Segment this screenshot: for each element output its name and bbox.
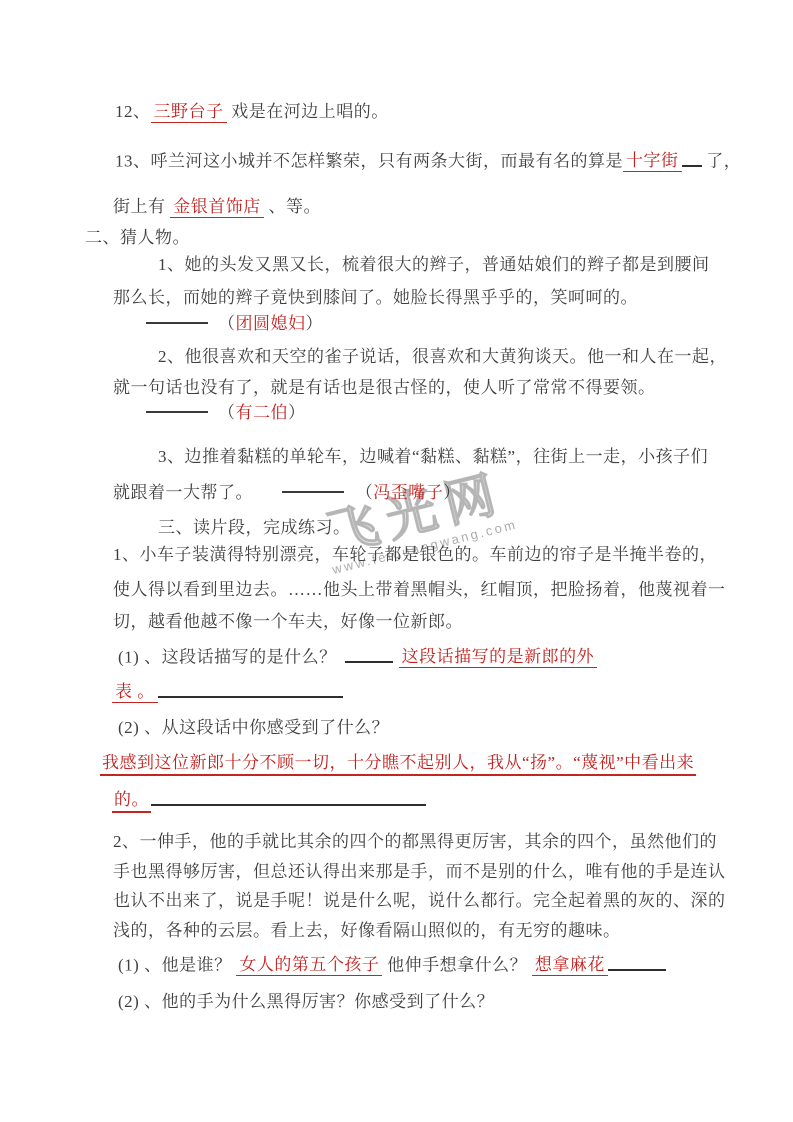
item-12-text: 戏是在河边上唱的。 <box>227 102 389 121</box>
item-13-line2-text-after: 、等。 <box>264 197 321 216</box>
passage1-q1-answer-line2: 表 。 <box>112 680 343 704</box>
guess-q3-line2-text: 就跟着一大帮了。 <box>113 483 258 502</box>
passage1-q2-answer-blank <box>151 789 426 806</box>
answer-dash <box>146 411 208 413</box>
section3-title: 三、读片段，完成练习。 <box>158 516 351 540</box>
item-12: 12、三野台子 戏是在河边上唱的。 <box>115 100 389 124</box>
section3-title-text: 三、读片段，完成练习。 <box>158 518 351 537</box>
passage1-line3: 切，越看他越不像一个车夫，好像一位新郎。 <box>113 610 463 634</box>
passage2-q1-answer-blank <box>608 954 666 971</box>
guess-q3-line2: 就跟着一大帮了。 （冯歪嘴子） <box>113 481 461 505</box>
item-13-text-after: 了， <box>702 151 742 170</box>
passage2-q1: (1) 、他是谁？ 女人的第五个孩子 他伸手想拿什么？ 想拿麻花 <box>118 953 666 977</box>
passage2-q2: (2) 、他的手为什么黑得厉害？你感受到了什么？ <box>118 990 494 1014</box>
answer-dash <box>146 322 208 324</box>
guess-a3-answer: 冯歪嘴子 <box>373 483 443 502</box>
passage2-q1-answer2: 想拿麻花 <box>532 955 608 976</box>
passage1-line1-text: 1、小车子装潢得特别漂亮，车轮子都是银色的。车前边的帘子是半掩半卷的， <box>113 545 717 564</box>
item-12-number: 12、 <box>115 102 151 121</box>
passage2-line4: 浅的，各种的云层。看上去，好像看隔山照似的，有无穷的趣味。 <box>113 919 621 943</box>
guess-a3-paren-open: （ <box>356 483 374 502</box>
passage2-q1-label: (1) 、他是谁？ <box>118 955 236 974</box>
guess-a1-answer: 团圆媳妇 <box>236 314 306 333</box>
item-13-line2-text: 街上有 <box>113 197 170 216</box>
guess-a2-paren-close: ） <box>288 403 306 422</box>
item-13-answer2: 金银首饰店 <box>170 197 264 218</box>
guess-q1-line1: 1、她的头发又黑又长，梳着很大的辫子，普通姑娘们的辫子都是到腰间 <box>158 253 710 277</box>
passage2-line2: 手也黑得够厉害，但总还认得出来那是手，而不是别的什么，唯有他的手是连认 <box>113 860 726 884</box>
item-13-answer1-blank <box>682 150 702 167</box>
guess-a1-paren-open: （ <box>218 314 236 333</box>
passage1-line1: 1、小车子装潢得特别漂亮，车轮子都是银色的。车前边的帘子是半掩半卷的， <box>113 543 717 567</box>
item-13-line2: 街上有 金银首饰店 、等。 <box>113 195 321 219</box>
guess-q2-line1: 2、他很喜欢和天空的雀子说话，很喜欢和大黄狗谈天。他一和人在一起， <box>158 345 727 369</box>
passage2-line2-text: 手也黑得够厉害，但总还认得出来那是手，而不是别的什么，唯有他的手是连认 <box>113 862 726 881</box>
passage1-q1-answer-part2: 表 。 <box>112 682 158 703</box>
guess-q3-line1-text: 3、边推着黏糕的单轮车，边喊着“黏糕、黏糕”，往街上一走，小孩子们 <box>158 447 708 466</box>
guess-a3-paren-close: ） <box>443 483 461 502</box>
guess-q2-line2: 就一句话也没有了，就是有话也是很古怪的，使人听了常常不得要领。 <box>113 376 656 400</box>
answer-dash <box>282 491 344 493</box>
passage2-line3: 也认不出来了，说是手呢！说是什么呢，说什么都行。完全起着黑的灰的、深的 <box>113 889 726 913</box>
item-13-line1: 13、呼兰河这小城并不怎样繁荣，只有两条大街，而最有名的算是十字街 了， <box>115 149 741 173</box>
passage1-q1-answer-part1: 这段话描写的是新郎的外 <box>399 647 598 668</box>
passage1-q2-answer-part2: 的。 <box>112 790 151 813</box>
guess-a2: （有二伯） <box>146 401 306 425</box>
guess-a2-answer: 有二伯 <box>236 403 289 422</box>
passage2-q1-label-mid: 他伸手想拿什么？ <box>382 955 532 974</box>
guess-a1-paren-close: ） <box>306 314 324 333</box>
guess-q2-line2-text: 就一句话也没有了，就是有话也是很古怪的，使人听了常常不得要领。 <box>113 378 656 397</box>
passage1-q2-answer-line1: 我感到这位新郎十分不顾一切，十分瞧不起别人，我从“扬”。“蔑视”中看出来 <box>100 751 696 775</box>
guess-q1-line2: 那么长，而她的辫子竟快到膝间了。她脸长得黑乎乎的，笑呵呵的。 <box>113 286 638 310</box>
guess-q2-line1-text: 2、他很喜欢和天空的雀子说话，很喜欢和大黄狗谈天。他一和人在一起， <box>158 347 727 366</box>
section2-title-text: 二、猜人物。 <box>85 228 190 247</box>
passage1-q1: (1) 、这段话描写的是什么？这段话描写的是新郎的外 <box>118 645 597 669</box>
passage2-line3-text: 也认不出来了，说是手呢！说是什么呢，说什么都行。完全起着黑的灰的、深的 <box>113 891 726 910</box>
passage2-line4-text: 浅的，各种的云层。看上去，好像看隔山照似的，有无穷的趣味。 <box>113 921 621 940</box>
item-13-answer1: 十字街 <box>623 151 682 172</box>
worksheet-page: 飞光网 www.feiguangwang.com 12、三野台子 戏是在河边上唱… <box>0 0 793 1122</box>
passage1-q1-answer-blank <box>158 681 343 698</box>
passage1-q1-label: (1) 、这段话描写的是什么？ <box>118 647 337 666</box>
passage2-q1-answer1: 女人的第五个孩子 <box>236 955 382 976</box>
passage1-q2-answer-part1: 我感到这位新郎十分不顾一切，十分瞧不起别人，我从“扬”。“蔑视”中看出来 <box>100 753 696 776</box>
passage2-line1-text: 2、一伸手，他的手就比其余的四个的都黑得更厉害，其余的四个，虽然他们的 <box>113 832 717 851</box>
passage1-q2: (2) 、从这段话中你感受到了什么？ <box>118 716 389 740</box>
passage1-q2-label: (2) 、从这段话中你感受到了什么？ <box>118 718 389 737</box>
item-13-text: 13、呼兰河这小城并不怎样繁荣，只有两条大街，而最有名的算是 <box>115 151 623 170</box>
passage2-line1: 2、一伸手，他的手就比其余的四个的都黑得更厉害，其余的四个，虽然他们的 <box>113 830 717 854</box>
guess-q3-line1: 3、边推着黏糕的单轮车，边喊着“黏糕、黏糕”，往街上一走，小孩子们 <box>158 445 708 469</box>
passage1-q1-blank <box>345 646 393 663</box>
item-12-answer: 三野台子 <box>151 102 227 123</box>
section2-title: 二、猜人物。 <box>85 226 190 250</box>
passage1-line2-text: 使人得以看到里边去。……他头上带着黑帽头，红帽顶，把脸扬着，他蔑视着一 <box>113 580 726 599</box>
guess-q1-line1-text: 1、她的头发又黑又长，梳着很大的辫子，普通姑娘们的辫子都是到腰间 <box>158 255 710 274</box>
passage1-q2-answer-line2: 的。 <box>112 788 426 812</box>
guess-a2-paren-open: （ <box>218 403 236 422</box>
guess-q1-line2-text: 那么长，而她的辫子竟快到膝间了。她脸长得黑乎乎的，笑呵呵的。 <box>113 288 638 307</box>
passage2-q2-label: (2) 、他的手为什么黑得厉害？你感受到了什么？ <box>118 992 494 1011</box>
passage1-line2: 使人得以看到里边去。……他头上带着黑帽头，红帽顶，把脸扬着，他蔑视着一 <box>113 578 726 602</box>
guess-a1: （团圆媳妇） <box>146 312 323 336</box>
passage1-line3-text: 切，越看他越不像一个车夫，好像一位新郎。 <box>113 612 463 631</box>
